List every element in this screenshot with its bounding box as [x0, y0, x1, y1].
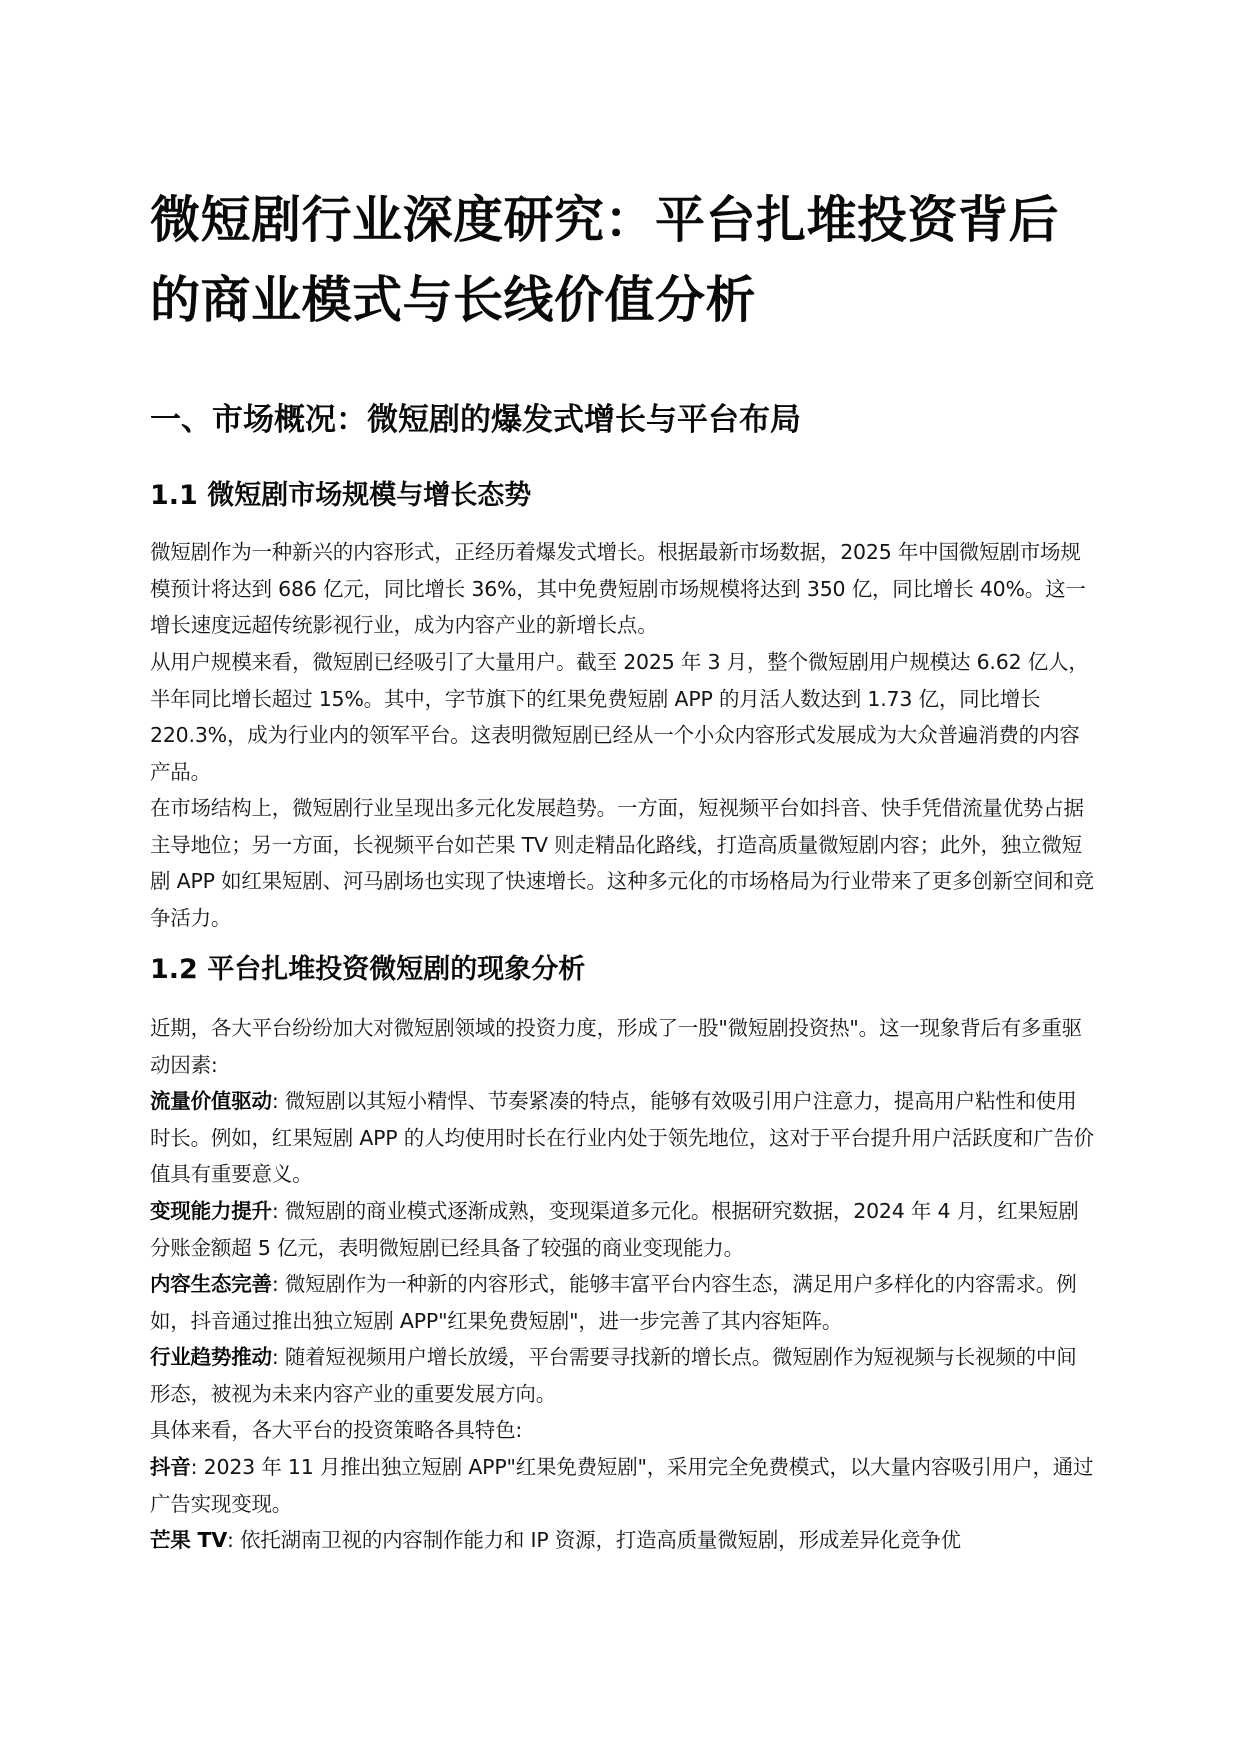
paragraph-traffic-value: 流量价值驱动: 微短剧以其短小精悍、节奏紧凑的特点，能够有效吸引用户注意力，提高…	[150, 1083, 1095, 1193]
term-mango-tv: 芒果 TV	[150, 1528, 227, 1552]
section-heading-market-overview: 一、市场概况：微短剧的爆发式增长与平台布局	[150, 398, 801, 442]
paragraph-douyin: 抖音: 2023 年 11 月推出独立短剧 APP"红果免费短剧"，采用完全免费…	[150, 1449, 1095, 1522]
term-mango-tv-body: : 依托湖南卫视的内容制作能力和 IP 资源，打造高质量微短剧，形成差异化竞争优	[227, 1528, 961, 1552]
document-title: 微短剧行业深度研究：平台扎堆投资背后的商业模式与长线价值分析	[150, 180, 1095, 340]
paragraph-mango-tv: 芒果 TV: 依托湖南卫视的内容制作能力和 IP 资源，打造高质量微短剧，形成差…	[150, 1522, 1095, 1559]
term-industry-trend-body: : 随着短视频用户增长放缓，平台需要寻找新的增长点。微短剧作为短视频与长视频的中…	[150, 1345, 1077, 1406]
paragraph-market-size: 微短剧作为一种新兴的内容形式，正经历着爆发式增长。根据最新市场数据，2025 年…	[150, 534, 1095, 644]
term-monetization: 变现能力提升	[150, 1199, 272, 1223]
term-industry-trend: 行业趋势推动	[150, 1345, 272, 1369]
subsection-heading-market-size: 1.1 微短剧市场规模与增长态势	[150, 476, 531, 516]
term-douyin: 抖音	[150, 1455, 191, 1479]
term-monetization-body: : 微短剧的商业模式逐渐成熟，变现渠道多元化。根据研究数据，2024 年 4 月…	[150, 1199, 1079, 1260]
term-douyin-body: : 2023 年 11 月推出独立短剧 APP"红果免费短剧"，采用完全免费模式…	[150, 1455, 1093, 1516]
subsection-heading-platform-investment: 1.2 平台扎堆投资微短剧的现象分析	[150, 950, 585, 990]
term-traffic-value: 流量价值驱动	[150, 1089, 272, 1113]
paragraph-industry-trend: 行业趋势推动: 随着短视频用户增长放缓，平台需要寻找新的增长点。微短剧作为短视频…	[150, 1339, 1095, 1412]
term-content-ecosystem-body: : 微短剧作为一种新的内容形式，能够丰富平台内容生态，满足用户多样化的内容需求。…	[150, 1272, 1077, 1333]
paragraph-user-scale: 从用户规模来看，微短剧已经吸引了大量用户。截至 2025 年 3 月，整个微短剧…	[150, 644, 1095, 790]
paragraph-investment-intro: 近期，各大平台纷纷加大对微短剧领域的投资力度，形成了一股"微短剧投资热"。这一现…	[150, 1010, 1095, 1083]
paragraph-content-ecosystem: 内容生态完善: 微短剧作为一种新的内容形式，能够丰富平台内容生态，满足用户多样化…	[150, 1266, 1095, 1339]
term-traffic-value-body: : 微短剧以其短小精悍、节奏紧凑的特点，能够有效吸引用户注意力，提高用户粘性和使…	[150, 1089, 1094, 1186]
paragraph-strategy-intro: 具体来看，各大平台的投资策略各具特色:	[150, 1412, 1095, 1449]
term-content-ecosystem: 内容生态完善	[150, 1272, 272, 1296]
paragraph-monetization: 变现能力提升: 微短剧的商业模式逐渐成熟，变现渠道多元化。根据研究数据，2024…	[150, 1193, 1095, 1266]
paragraph-market-structure: 在市场结构上，微短剧行业呈现出多元化发展趋势。一方面，短视频平台如抖音、快手凭借…	[150, 790, 1095, 936]
